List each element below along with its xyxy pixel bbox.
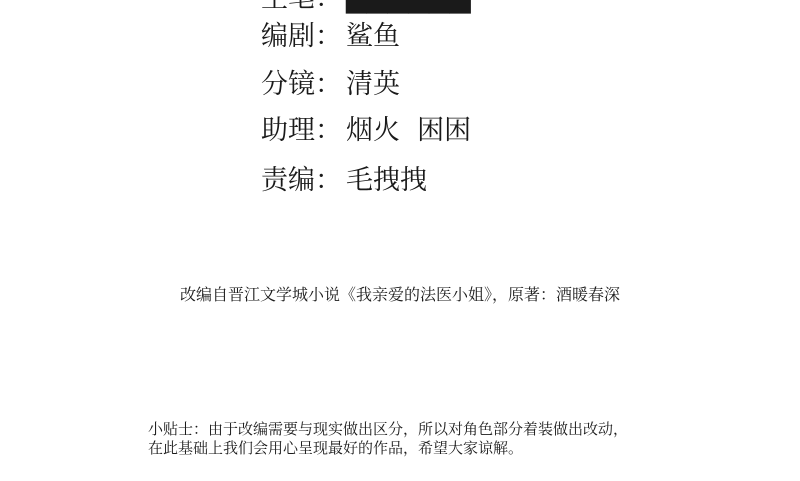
credit-role: 责编：: [261, 166, 342, 196]
tip-line-1: 小贴士：由于改编需要与现实做出区分，所以对角色部分着装做出改动，: [148, 420, 628, 439]
tip-note: 小贴士：由于改编需要与现实做出区分，所以对角色部分着装做出改动， 在此基础上我们…: [148, 420, 628, 458]
credit-line-assistant: 助理：烟火 困困: [261, 116, 471, 146]
adaptation-note: 改编自晋江文学城小说《我亲爱的法医小姐》，原著：酒暖春深: [0, 285, 800, 305]
credit-role: 助理：: [261, 116, 342, 146]
credit-role: 编剧：: [261, 22, 342, 52]
credit-role: 分镜：: [261, 70, 342, 100]
credit-name: 鲨鱼: [346, 22, 400, 52]
credit-name: 烟火 困困: [346, 116, 471, 146]
credit-role: 主笔：: [261, 0, 342, 14]
credit-name: 毛拽拽: [346, 166, 427, 196]
credit-line-clipped: 主笔：██████: [261, 0, 471, 14]
credit-name: 清英: [346, 70, 400, 100]
credit-line-editor: 责编：毛拽拽: [261, 166, 427, 196]
credit-name: ██████: [346, 0, 471, 14]
credit-line-writer: 编剧：鲨鱼: [261, 22, 400, 52]
credit-line-storyboard: 分镜：清英: [261, 70, 400, 100]
tip-line-2: 在此基础上我们会用心呈现最好的作品，希望大家谅解。: [148, 439, 628, 458]
